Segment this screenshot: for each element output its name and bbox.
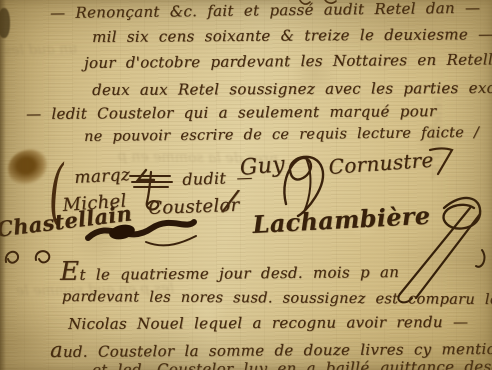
corner-smudge: [0, 8, 10, 38]
signature-chastellain: Chastellain: [0, 202, 133, 239]
manuscript-line: deux aux Retel soussignez avec les parti…: [92, 81, 492, 98]
signature-paraph-curls: [2, 246, 66, 272]
manuscript-line: mil six cens soixante & treize le deuxie…: [92, 27, 492, 45]
manuscript-line: ne pouvoir escrire de ce requis lecture …: [84, 126, 479, 145]
manuscript-line: — Renonçant &c. fait et passé audit Rete…: [50, 1, 480, 21]
signature-cornustre: Cornustre: [328, 150, 434, 177]
ink-stain: [6, 147, 50, 186]
marque-label: marqz: [74, 167, 131, 187]
signature-lachambiere: Lachambière: [252, 204, 431, 237]
manuscript-line: Et le quatriesme jour desd. mois p an: [60, 256, 399, 285]
manuscript-page: un aud les nres de la somme en p retel a…: [0, 0, 492, 370]
manuscript-line: — ledit Coustelor qui a seulement marqué…: [26, 104, 436, 122]
manuscript-line: Nicolas Nouel lequel a recognu avoir ren…: [68, 315, 468, 332]
signature-guy: Guy: [239, 154, 286, 180]
manuscript-line: jour d'octobre pardevant les Nottaires e…: [84, 52, 492, 71]
manuscript-line: pardevant les nores susd. soussignez est…: [62, 290, 492, 308]
bleedthrough-text: un aud les: [4, 41, 78, 60]
manuscript-line-cropped: et led. Coustelor luy en a baillé quitta…: [92, 359, 492, 370]
